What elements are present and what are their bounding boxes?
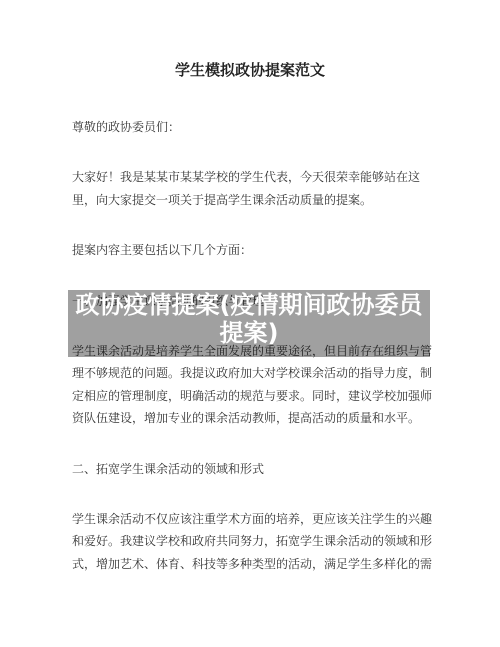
document-page: 学生模拟政协提案范文 尊敬的政协委员们： 大家好！我是某某市某某学校的学生代表，… (0, 0, 500, 647)
overlay-title: 政协疫情提案(疫情期间政协委员提案) (68, 290, 430, 347)
article-body: 学生模拟政协提案范文 尊敬的政协委员们： 大家好！我是某某市某某学校的学生代表，… (0, 0, 500, 575)
salutation: 尊敬的政协委员们： (72, 116, 440, 138)
section-heading-2: 二、拓宽学生课余活动的领域和形式 (72, 458, 440, 480)
paragraph-lead-in: 提案内容主要包括以下几个方面： (72, 239, 440, 261)
page-title: 学生模拟政协提案范文 (72, 55, 428, 85)
paragraph-intro: 大家好！我是某某市某某学校的学生代表，今天很荣幸能够站在这里，向大家提交一项关于… (72, 166, 440, 211)
paragraph-section-2: 学生课余活动不仅应该注重学术方面的培养，更应该关注学生的兴趣和爱好。我建议学校和… (72, 508, 440, 575)
overlay-banner: 政协疫情提案(疫情期间政协委员提案) (68, 290, 430, 357)
